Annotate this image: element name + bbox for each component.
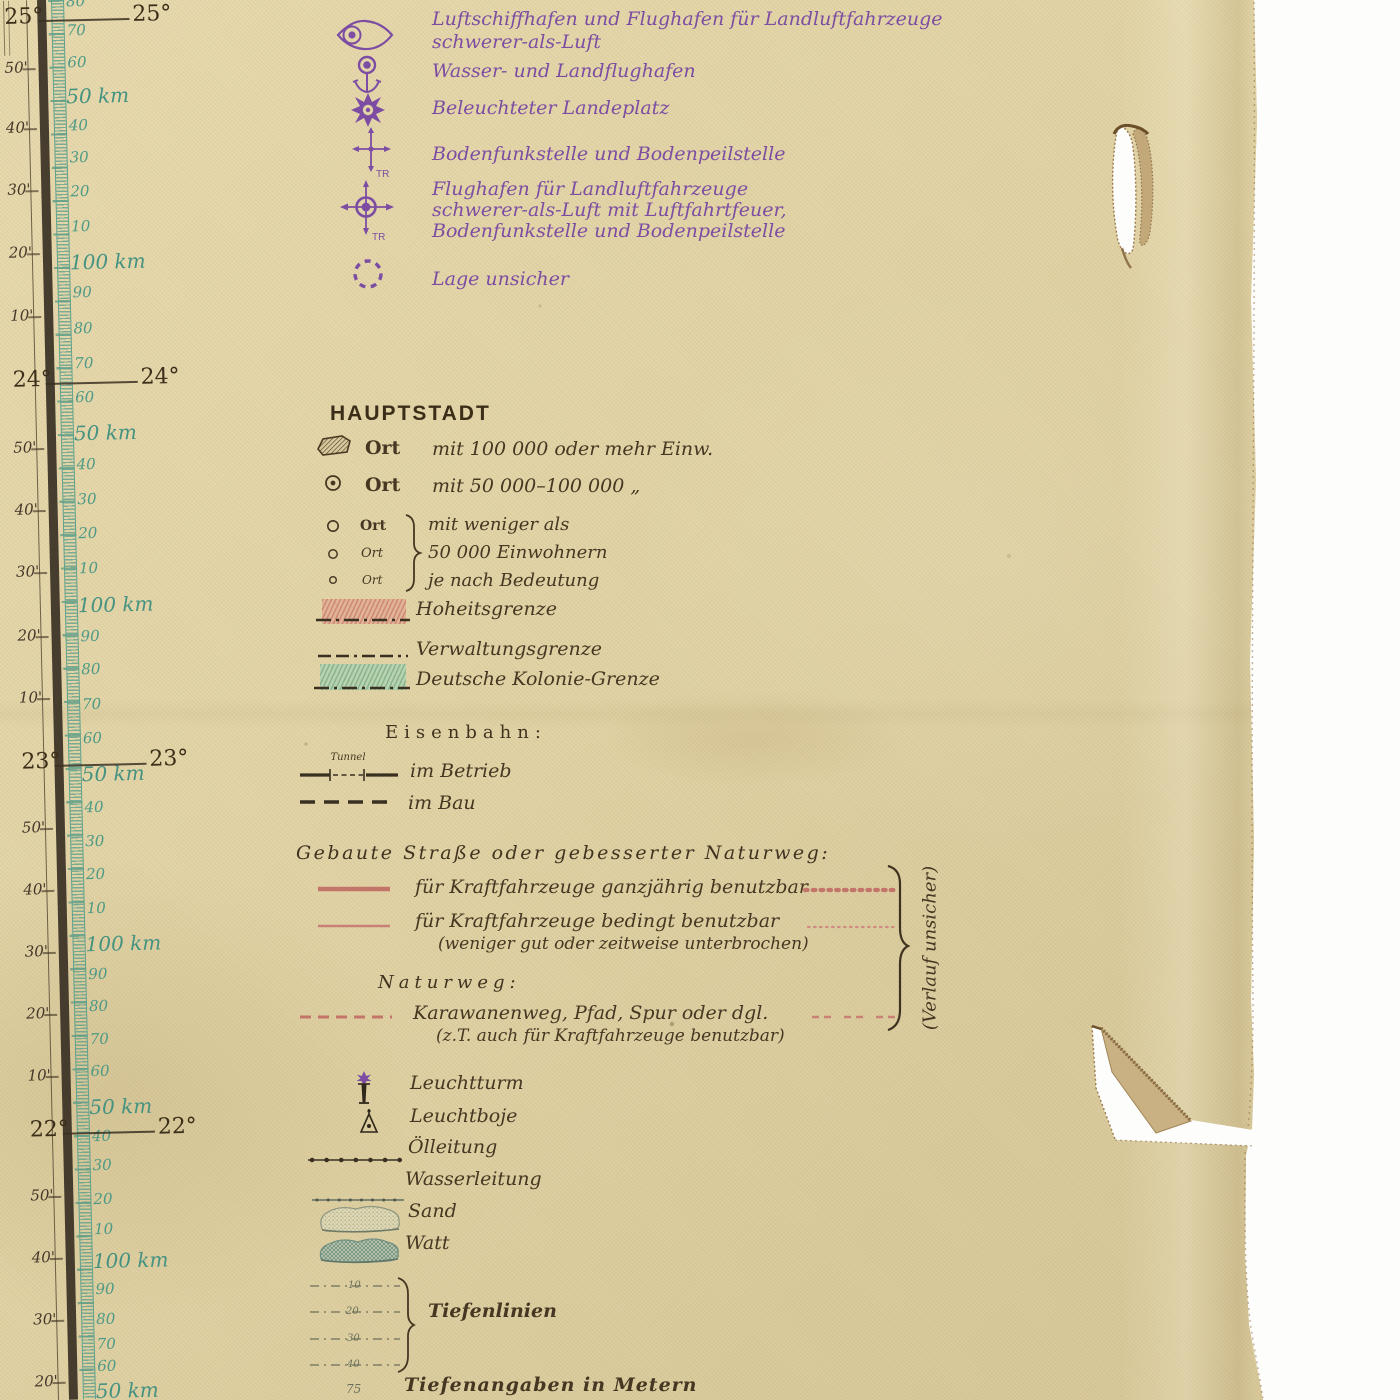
map-legend-sheet: 80706050 km40302010100 km9080706050 km40… [0,0,1400,1400]
damage-overlay [0,0,1400,1400]
fabric-tear-bottom [1092,1026,1253,1146]
fabric-hole-top [1113,125,1153,268]
